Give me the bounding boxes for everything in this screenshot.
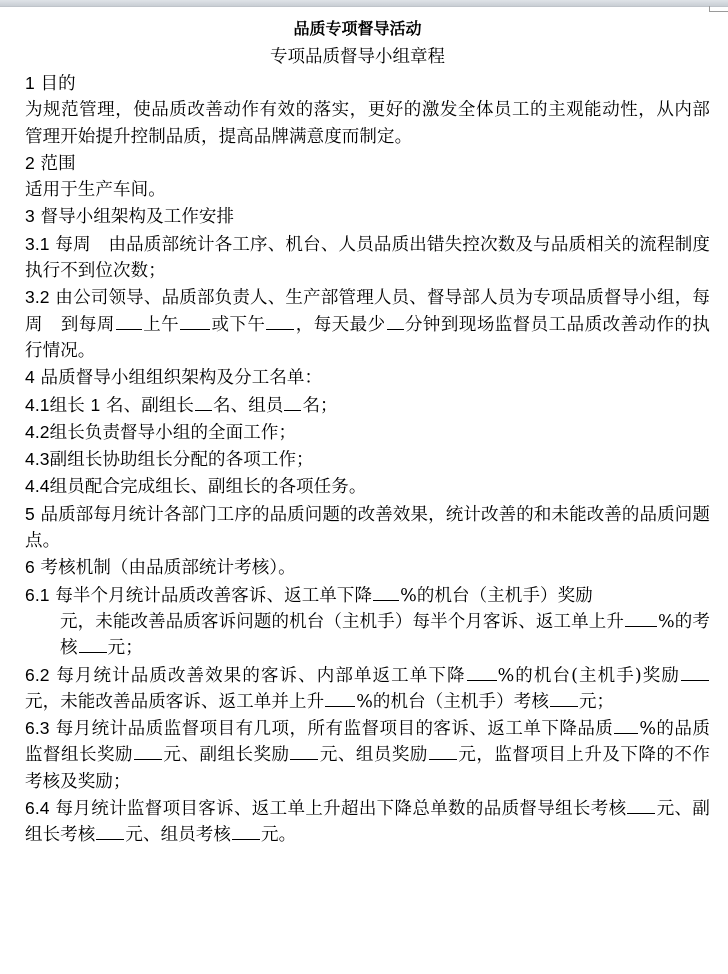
fill-in-blank: [180, 312, 210, 330]
section-6-heading: 6 考核机制（由品质部统计考核）。: [25, 554, 710, 581]
section-5: 5 品质部每月统计各部门工序的品质问题的改善效果，统计改善的和未能改善的品质问题…: [25, 501, 710, 555]
clause-text: 每半个月统计品质改善客诉、返工单下降: [55, 586, 372, 606]
section-heading-text: 考核机制（由品质部统计考核）。: [41, 558, 296, 578]
clause-4-4: 4.4组员配合完成组长、副组长的各项任务。: [25, 473, 710, 500]
clause-text: 元；: [108, 638, 143, 658]
clause-text: %的机台（主机手）奖励: [400, 586, 593, 606]
window-top-bar: [0, 0, 728, 7]
clause-number: 4.2: [25, 422, 50, 442]
clause-3-2: 3.2 由公司领导、品质部负责人、生产部管理人员、督导部人员为专项品质督导小组，…: [25, 284, 710, 364]
clause-6-2: 6.2 每月统计品质改善效果的客诉、内部单返工单下降%的机台(主机手)奖励元，未…: [25, 662, 710, 716]
fill-in-blank: [232, 822, 260, 840]
section-heading-text: 督导小组架构及工作安排: [41, 207, 235, 227]
clause-text: 组长负责督导小组的全面工作；: [50, 423, 296, 443]
clause-number: 6.1: [25, 585, 50, 605]
fill-in-blank: [467, 663, 497, 681]
clause-4-2: 4.2组长负责督导小组的全面工作；: [25, 419, 710, 446]
clause-text: 元。: [261, 825, 296, 845]
clause-text: 名；: [302, 396, 337, 416]
clause-text: 元，未能改善品质客诉、返工单并上升: [25, 692, 324, 712]
clause-text: 副组长协助组长分配的各项工作；: [50, 450, 314, 470]
fill-in-blank: [373, 583, 399, 601]
section-heading-text: 品质督导小组组织架构及分工名单：: [41, 368, 323, 388]
fill-in-blank: [387, 312, 404, 330]
page-margin-corner-mark: [709, 6, 728, 12]
section-heading-text: 目的: [41, 74, 76, 94]
section-number: 4: [25, 367, 35, 387]
section-1-body: 为规范管理，使品质改善动作有效的落实，更好的激发全体员工的主观能动性，从内部管理…: [25, 97, 710, 150]
section-1-heading: 1 目的: [25, 70, 710, 97]
clause-text: 名、副组长: [106, 396, 194, 416]
fill-in-blank: [266, 312, 294, 330]
clause-text: %的机台（主机手）考核: [356, 692, 549, 712]
clause-number: 6.3: [25, 718, 50, 738]
section-2-heading: 2 范围: [25, 150, 710, 177]
clause-text: %的机台(主机手)奖励: [498, 666, 680, 686]
clause-text: 元、组员考核: [125, 825, 231, 845]
clause-4-3: 4.3副组长协助组长分配的各项工作；: [25, 446, 710, 473]
clause-number: 3.1: [25, 234, 50, 254]
section-number: 1: [25, 73, 35, 93]
section-number: 6: [25, 557, 35, 577]
section-number: 3: [25, 206, 35, 226]
fill-in-blank: [325, 689, 355, 707]
fill-in-blank: [550, 689, 578, 707]
clause-text: 组长: [50, 396, 85, 416]
fill-in-blank: [627, 796, 655, 814]
clause-6-3: 6.3 每月统计品质监督项目有几项，所有监督项目的客诉、返工单下降品质%的品质监…: [25, 715, 710, 795]
fill-in-blank: [96, 822, 124, 840]
section-number: 5: [25, 504, 35, 524]
document-subtitle: 专项品质督导小组章程: [5, 43, 710, 71]
fill-in-blank: [116, 312, 142, 330]
clause-number: 6.4: [25, 798, 50, 818]
clause-text: 每月统计品质改善效果的客诉、内部单返工单下降: [56, 666, 465, 686]
section-heading-text: 范围: [41, 154, 76, 174]
clause-text: 或下午: [211, 315, 265, 335]
section-text: 品质部每月统计各部门工序的品质问题的改善效果，统计改善的和未能改善的品质问题点。: [25, 505, 710, 551]
fill-in-blank: [79, 635, 107, 653]
leader-count: 1: [91, 395, 101, 415]
clause-number: 3.2: [25, 287, 50, 307]
clause-6-1: 6.1 每半个月统计品质改善客诉、返工单下降%的机台（主机手）奖励: [25, 582, 710, 609]
clause-number: 4.4: [25, 476, 50, 496]
clause-6-4: 6.4 每月统计监督项目客诉、返工单上升超出下降总单数的品质督导组长考核元、副组…: [25, 795, 710, 849]
clause-number: 4.3: [25, 449, 50, 469]
fill-in-blank: [290, 742, 318, 760]
fill-in-blank: [681, 663, 709, 681]
clause-4-1: 4.1组长 1 名、副组长名、组员名；: [25, 392, 710, 419]
section-number: 2: [25, 153, 35, 173]
fill-in-blank: [134, 742, 162, 760]
clause-6-1-cont: 元，未能改善品质客诉问题的机台（主机手）每半个月客诉、返工单上升%的考核元；: [25, 609, 710, 662]
clause-number: 4.1: [25, 395, 50, 415]
document-page: 品质专项督导活动 专项品质督导小组章程 1 目的 为规范管理，使品质改善动作有效…: [25, 15, 710, 849]
fill-in-blank: [284, 393, 301, 411]
clause-3-1: 3.1 每周 由品质部统计各工序、机台、人员品质出错失控次数及与品质相关的流程制…: [25, 231, 710, 285]
fill-in-blank: [625, 609, 657, 627]
fill-in-blank: [614, 716, 638, 734]
section-4-heading: 4 品质督导小组组织架构及分工名单：: [25, 364, 710, 391]
document-title: 品质专项督导活动: [5, 15, 710, 43]
clause-text: 每月统计品质监督项目有几项，所有监督项目的客诉、返工单下降品质: [56, 719, 614, 739]
clause-text: 元、副组长奖励: [163, 745, 289, 765]
clause-number: 6.2: [25, 665, 50, 685]
clause-text: 名、组员: [213, 396, 283, 416]
clause-text: 上午: [143, 315, 179, 335]
fill-in-blank: [195, 393, 212, 411]
clause-text: 每月统计监督项目客诉、返工单上升超出下降总单数的品质督导组长考核: [56, 799, 627, 819]
clause-text: 每周 由品质部统计各工序、机台、人员品质出错失控次数及与品质相关的流程制度执行不…: [25, 235, 710, 281]
clause-text: 元，未能改善品质客诉问题的机台（主机手）每半个月客诉、返工单上升: [60, 612, 624, 632]
section-2-body: 适用于生产车间。: [25, 177, 710, 203]
clause-text: 组员配合完成组长、副组长的各项任务。: [50, 477, 367, 497]
clause-text: 元；: [579, 692, 614, 712]
clause-text: 元、组员奖励: [319, 745, 427, 765]
clause-text: ，每天最少: [295, 315, 385, 335]
section-3-heading: 3 督导小组架构及工作安排: [25, 203, 710, 230]
fill-in-blank: [429, 742, 457, 760]
